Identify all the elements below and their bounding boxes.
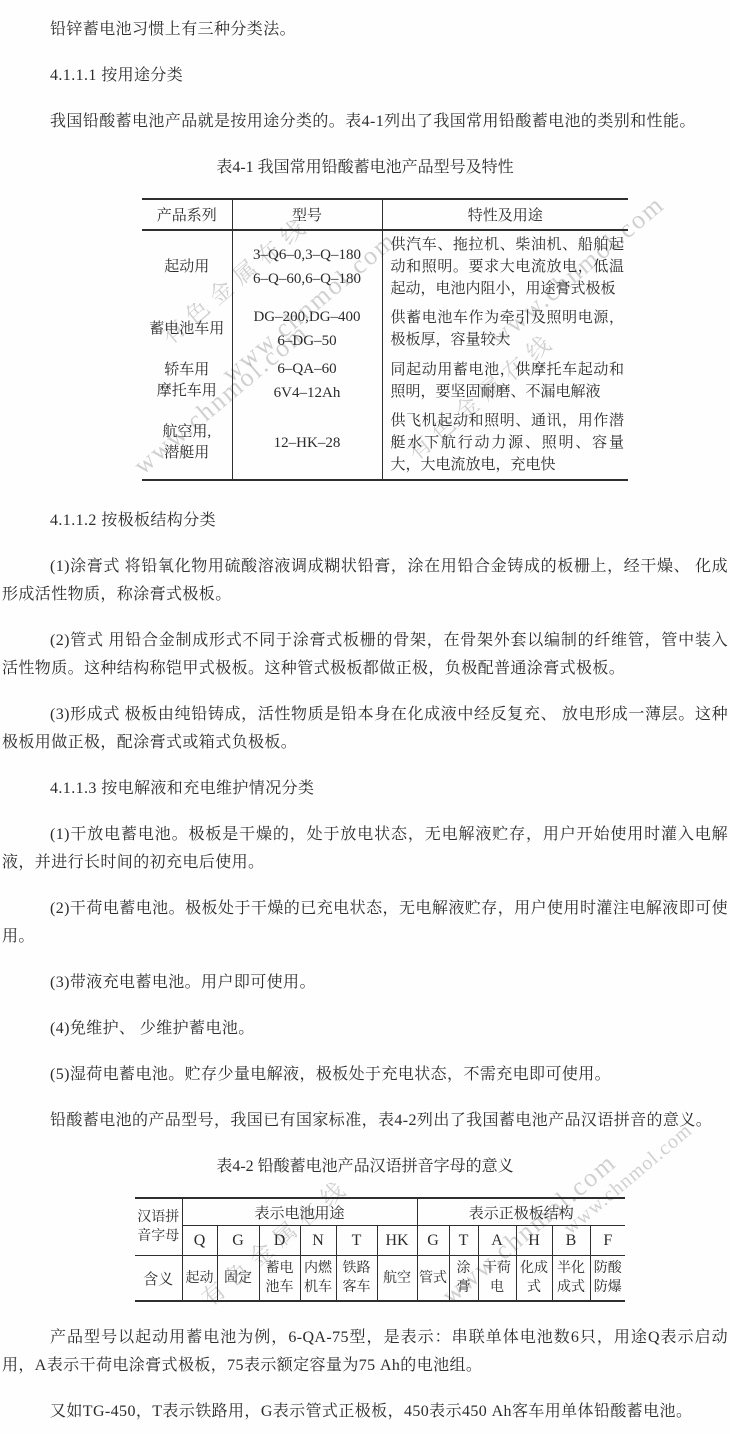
meaning-cell: 起动 bbox=[182, 1256, 217, 1302]
letter-cell: D bbox=[259, 1226, 300, 1256]
meaning-line: 半化 bbox=[554, 1259, 589, 1278]
paragraph: (2)干荷电蓄电池。极板处于干燥的已充电状态，无电解液贮存，用户使用时灌注电解液… bbox=[2, 895, 728, 951]
meaning-line: 航空 bbox=[379, 1269, 416, 1288]
meaning-line: 膏 bbox=[451, 1278, 477, 1297]
paragraph: 又如TG-450，T表示铁路用，G表示管式正极板，450表示450 Ah客车用单… bbox=[2, 1398, 728, 1426]
paragraph: (2)管式 用铅合金制成形式不同于涂膏式板栅的骨架，在骨架外套以编制的纤维管，管… bbox=[2, 627, 728, 683]
table-cell-models: 3–Q6–0,3–Q–180 6–Q–60,6–Q–180 bbox=[232, 230, 382, 303]
table-4-2: 汉语拼 音字母 表示电池用途 表示正极板结构 Q G D N T HK G T … bbox=[135, 1197, 625, 1302]
series-line: 起动用 bbox=[145, 257, 229, 278]
meaning-cell: 蓄电 池车 bbox=[259, 1256, 300, 1302]
table-row: 起动用 3–Q6–0,3–Q–180 6–Q–60,6–Q–180 供汽车、拖拉… bbox=[142, 230, 628, 303]
table-group-header-row: 汉语拼 音字母 表示电池用途 表示正极板结构 bbox=[135, 1198, 625, 1226]
table-cell-series: 航空用, 潜艇用 bbox=[142, 407, 232, 480]
meaning-line: 固定 bbox=[219, 1269, 258, 1288]
paragraph: 我国铅酸蓄电池产品就是按用途分类的。表4-1列出了我国常用铅酸蓄电池的类别和性能… bbox=[2, 108, 728, 136]
series-line: 潜艇用 bbox=[145, 443, 229, 464]
series-line: 蓄电池车用 bbox=[145, 319, 229, 340]
table-row: 轿车用 摩托车用 6–QA–60 6V4–12Ah 同起动用蓄电池，供摩托车起动… bbox=[142, 355, 628, 407]
meaning-row-label: 含义 bbox=[135, 1256, 182, 1302]
letter-cell: G bbox=[217, 1226, 259, 1256]
section-heading: 4.1.1.2 按极板结构分类 bbox=[2, 507, 728, 535]
meaning-cell: 内燃 机车 bbox=[300, 1256, 336, 1302]
table-cell-description: 同起动用蓄电池，供摩托车起动和照明，要坚固耐磨、不漏电解液 bbox=[382, 355, 628, 407]
paragraph: 铅酸蓄电池的产品型号，我国已有国家标准，表4-2列出了我国蓄电池产品汉语拼音的意… bbox=[2, 1107, 728, 1135]
meaning-line: 防爆 bbox=[592, 1278, 625, 1297]
group-header-usage: 表示电池用途 bbox=[182, 1198, 417, 1226]
table-caption: 表4-1 我国常用铅酸蓄电池产品型号及特性 bbox=[2, 154, 728, 182]
meaning-line: 铁路 bbox=[338, 1259, 376, 1278]
letter-cell: A bbox=[478, 1226, 516, 1256]
table-corner-cell: 汉语拼 音字母 bbox=[135, 1198, 182, 1256]
table-4-1: 产品系列 型号 特性及用途 起动用 3–Q6–0,3–Q–180 6–Q–60,… bbox=[142, 198, 628, 481]
table-cell-description: 供汽车、拖拉机、柴油机、船舶起动和照明。要求大电流放电，低温起动，电池内阻小，用… bbox=[382, 230, 628, 303]
letter-cell: HK bbox=[377, 1226, 417, 1256]
meaning-cell: 航空 bbox=[377, 1256, 417, 1302]
letter-cell: H bbox=[516, 1226, 552, 1256]
meaning-line: 机车 bbox=[302, 1278, 335, 1297]
series-line: 航空用, bbox=[145, 422, 229, 443]
meaning-cell: 管式 bbox=[417, 1256, 449, 1302]
paragraph: (4)免维护、 少维护蓄电池。 bbox=[2, 1015, 728, 1043]
model-line: 12–HK–28 bbox=[236, 431, 379, 455]
meaning-cell: 干荷 电 bbox=[478, 1256, 516, 1302]
meaning-line: 起动 bbox=[184, 1269, 216, 1288]
letter-cell: T bbox=[449, 1226, 478, 1256]
meaning-line: 成式 bbox=[554, 1278, 589, 1297]
document-content: 铅锌蓄电池习惯上有三种分类法。 4.1.1.1 按用途分类 我国铅酸蓄电池产品就… bbox=[0, 0, 730, 1426]
meaning-line: 客车 bbox=[338, 1278, 376, 1297]
meaning-line: 涂 bbox=[451, 1259, 477, 1278]
document-page: 有色金属在线 www.chnmol.com www.chnmol.com www… bbox=[0, 0, 730, 1434]
corner-line: 音字母 bbox=[136, 1227, 181, 1246]
table-letters-row: Q G D N T HK G T A H B F bbox=[135, 1226, 625, 1256]
letter-cell: B bbox=[552, 1226, 590, 1256]
meaning-line: 蓄电 bbox=[261, 1259, 299, 1278]
meaning-cell: 铁路 客车 bbox=[336, 1256, 377, 1302]
letter-cell: F bbox=[590, 1226, 625, 1256]
model-line: 6V4–12Ah bbox=[236, 381, 379, 405]
section-heading: 4.1.1.1 按用途分类 bbox=[2, 62, 728, 90]
meaning-cell: 化成 式 bbox=[516, 1256, 552, 1302]
table-cell-series: 蓄电池车用 bbox=[142, 303, 232, 355]
meaning-cell: 半化 成式 bbox=[552, 1256, 590, 1302]
paragraph: (1)涂膏式 将铅氧化物用硫酸溶液调成糊状铅膏，涂在用铅合金铸成的板栅上，经干燥… bbox=[2, 553, 728, 609]
letter-cell: G bbox=[417, 1226, 449, 1256]
meaning-line: 内燃 bbox=[302, 1259, 335, 1278]
table-cell-models: 12–HK–28 bbox=[232, 407, 382, 480]
meaning-line: 池车 bbox=[261, 1278, 299, 1297]
table-cell-models: 6–QA–60 6V4–12Ah bbox=[232, 355, 382, 407]
table-cell-series: 起动用 bbox=[142, 230, 232, 303]
model-line: 6–Q–60,6–Q–180 bbox=[236, 267, 379, 291]
table-header-row: 产品系列 型号 特性及用途 bbox=[142, 199, 628, 230]
series-line: 摩托车用 bbox=[145, 381, 229, 402]
meaning-line: 电 bbox=[480, 1278, 515, 1297]
model-line: DG–200,DG–400 bbox=[236, 305, 379, 329]
model-line: 3–Q6–0,3–Q–180 bbox=[236, 243, 379, 267]
table-cell-series: 轿车用 摩托车用 bbox=[142, 355, 232, 407]
series-line: 轿车用 bbox=[145, 360, 229, 381]
paragraph: (5)湿荷电蓄电池。贮存少量电解液，极板处于充电状态，不需充电即可使用。 bbox=[2, 1061, 728, 1089]
table-cell-models: DG–200,DG–400 6–DG–50 bbox=[232, 303, 382, 355]
column-header: 特性及用途 bbox=[382, 199, 628, 230]
paragraph: 铅锌蓄电池习惯上有三种分类法。 bbox=[2, 16, 728, 44]
paragraph: (3)形成式 极板由纯铅铸成，活性物质是铅本身在化成液中经反复充、 放电形成一薄… bbox=[2, 701, 728, 757]
section-heading: 4.1.1.3 按电解液和充电维护情况分类 bbox=[2, 775, 728, 803]
column-header: 型号 bbox=[232, 199, 382, 230]
meaning-line: 式 bbox=[518, 1278, 551, 1297]
table-meanings-row: 含义 起动 固定 蓄电 池车 内燃 机车 铁路 bbox=[135, 1256, 625, 1302]
model-line: 6–DG–50 bbox=[236, 329, 379, 353]
corner-line: 汉语拼 bbox=[136, 1208, 181, 1227]
column-header: 产品系列 bbox=[142, 199, 232, 230]
letter-cell: Q bbox=[182, 1226, 217, 1256]
table-caption: 表4-2 铅酸蓄电池产品汉语拼音字母的意义 bbox=[2, 1153, 728, 1181]
meaning-cell: 固定 bbox=[217, 1256, 259, 1302]
meaning-cell: 涂 膏 bbox=[449, 1256, 478, 1302]
table-row: 航空用, 潜艇用 12–HK–28 供飞机起动和照明、通讯，用作潜艇水下航行动力… bbox=[142, 407, 628, 480]
table-cell-description: 供飞机起动和照明、通讯，用作潜艇水下航行动力源、照明、容量大，大电流放电，充电快 bbox=[382, 407, 628, 480]
meaning-line: 化成 bbox=[518, 1259, 551, 1278]
paragraph: (1)干放电蓄电池。极板是干燥的，处于放电状态，无电解液贮存，用户开始使用时灌入… bbox=[2, 821, 728, 877]
letter-cell: N bbox=[300, 1226, 336, 1256]
meaning-line: 防酸 bbox=[592, 1259, 625, 1278]
meaning-cell: 防酸 防爆 bbox=[590, 1256, 625, 1302]
table-row: 蓄电池车用 DG–200,DG–400 6–DG–50 供蓄电池车作为牵引及照明… bbox=[142, 303, 628, 355]
model-line: 6–QA–60 bbox=[236, 357, 379, 381]
paragraph: 产品型号以起动用蓄电池为例，6-QA-75型，是表示：串联单体电池数6只，用途Q… bbox=[2, 1324, 728, 1380]
table-cell-description: 供蓄电池车作为牵引及照明电源，极板厚，容量较大 bbox=[382, 303, 628, 355]
meaning-line: 管式 bbox=[419, 1269, 448, 1288]
letter-cell: T bbox=[336, 1226, 377, 1256]
paragraph: (3)带液充电蓄电池。用户即可使用。 bbox=[2, 969, 728, 997]
group-header-structure: 表示正极板结构 bbox=[417, 1198, 625, 1226]
meaning-line: 干荷 bbox=[480, 1259, 515, 1278]
